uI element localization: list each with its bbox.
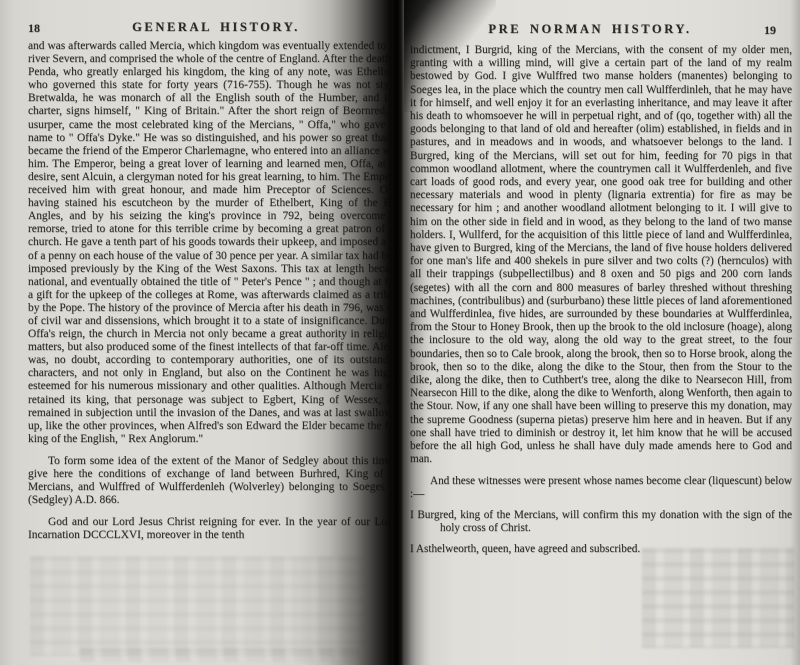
right-page: PRE NORMAN HISTORY. 19 indictment, I Bur… <box>404 0 800 665</box>
book-scan-spread: 18 GENERAL HISTORY. and was afterwards c… <box>0 0 800 665</box>
gutter-shadow <box>404 0 430 665</box>
right-text-column: indictment, I Burgrid, king of the Merci… <box>410 44 792 557</box>
gutter-shadow <box>298 0 394 665</box>
book-gutter <box>394 0 404 665</box>
witness-intro-paragraph: And these witnesses were present whose n… <box>410 475 792 501</box>
witness-line: I Burgred, king of the Mercians, will co… <box>410 509 792 535</box>
right-page-number: 19 <box>764 23 776 38</box>
witness-line: I Asthelweorth, queen, have agreed and s… <box>410 543 792 556</box>
left-page: 18 GENERAL HISTORY. and was afterwards c… <box>0 0 394 665</box>
bleedthrough-ghost <box>642 548 794 648</box>
